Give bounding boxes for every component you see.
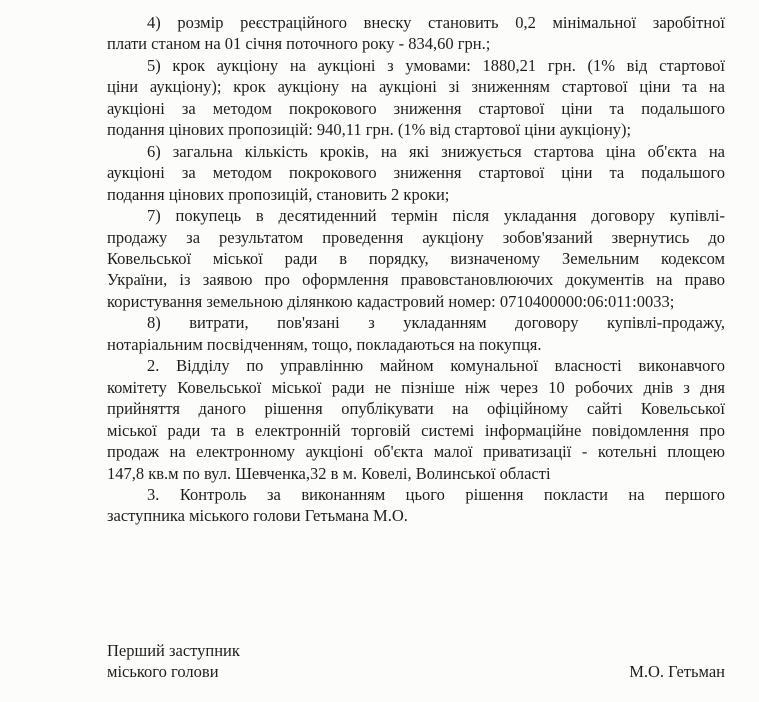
document-line: заступника міського голови Гетьмана М.О.	[107, 505, 725, 526]
document-line: аукціоні за методом покрокового зниження…	[107, 162, 725, 183]
document-line: аукціоні за методом покрокового зниження…	[107, 98, 725, 119]
document-line: подання цінових пропозицій, становить 2 …	[107, 184, 725, 205]
document-line: користування земельною ділянкою кадастро…	[107, 291, 725, 312]
document-line: плати станом на 01 січня поточного року …	[107, 33, 725, 54]
document-line: України, із заявою про оформлення правов…	[107, 269, 725, 290]
document-line: продаж на електронному аукціоні об'єкта …	[107, 441, 725, 462]
document-line: 4) розмір реєстраційного внеску становит…	[107, 12, 725, 33]
document-line: подання цінових пропозицій: 940,11 грн. …	[107, 119, 725, 140]
document-page: 4) розмір реєстраційного внеску становит…	[0, 0, 759, 702]
document-line: Ковельської міської ради в порядку, визн…	[107, 248, 725, 269]
document-line: 3. Контроль за виконанням цього рішення …	[107, 484, 725, 505]
document-line: нотаріальним посвідченням, тощо, поклада…	[107, 334, 725, 355]
document-line: продажу за результатом проведення аукціо…	[107, 227, 725, 248]
document-line: комітету Ковельської міської ради не піз…	[107, 377, 725, 398]
document-line: міської ради та в електронній торговій с…	[107, 420, 725, 441]
document-text: 4) розмір реєстраційного внеску становит…	[107, 12, 725, 527]
signature-title-line2: міського голови	[107, 661, 219, 682]
document-line: 147,8 кв.м по вул. Шевченка,32 в м. Кове…	[107, 463, 725, 484]
signature-name: М.О. Гетьман	[629, 661, 725, 682]
document-line: 6) загальна кількість кроків, на які зни…	[107, 141, 725, 162]
document-line: ціни аукціону); крок аукціону на аукціон…	[107, 76, 725, 97]
document-line: прийняття даного рішення опублікувати на…	[107, 398, 725, 419]
document-line: 2. Відділу по управлінню майном комуналь…	[107, 355, 725, 376]
signature-block: Перший заступник міського голови М.О. Ге…	[107, 640, 725, 683]
document-line: 5) крок аукціону на аукціоні з умовами: …	[107, 55, 725, 76]
signature-title-line1: Перший заступник	[107, 640, 725, 661]
document-line: 7) покупець в десятиденний термін після …	[107, 205, 725, 226]
document-line: 8) витрати, пов'язані з укладанням догов…	[107, 312, 725, 333]
